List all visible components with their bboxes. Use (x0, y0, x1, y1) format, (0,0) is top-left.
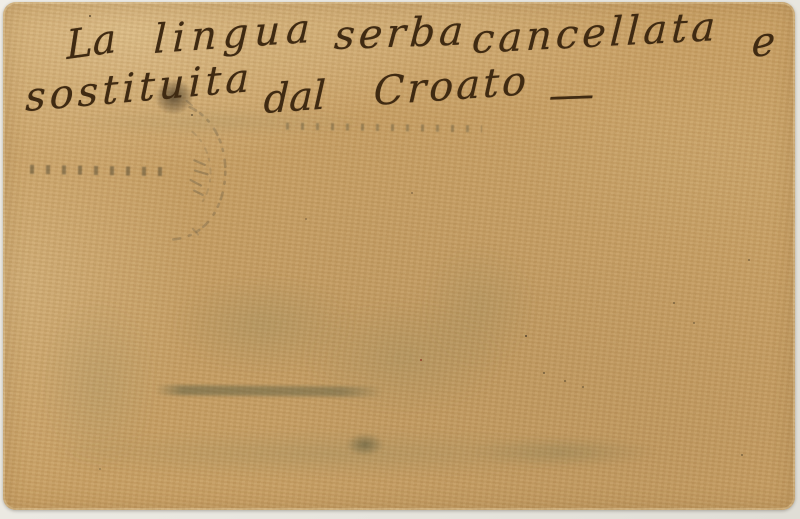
speck-row-left (30, 165, 168, 176)
handwriting-dash: — (548, 74, 595, 116)
stain-center-1 (171, 277, 356, 372)
handwriting-word: e (751, 21, 776, 64)
paper-specks (3, 2, 5, 4)
circular-postmark-icon (131, 100, 261, 250)
stain-streak (155, 385, 383, 397)
handwriting-word: serba (333, 11, 469, 56)
stain-bottom-band-2 (471, 436, 656, 468)
stain-bottom-band (49, 430, 614, 476)
handwriting-word: La (66, 19, 117, 66)
handwriting-word: lingua (153, 8, 317, 60)
handwriting-word: dal (263, 75, 327, 120)
handwriting-word: sostituita (25, 58, 253, 118)
handwriting-word: Croato (373, 61, 530, 112)
stain-dark-blotch (346, 433, 384, 456)
scan-background: La lingua serba cancellata e sostituita … (0, 0, 800, 519)
stain-center-2 (301, 300, 506, 415)
stain-center-3 (421, 244, 536, 369)
handwriting-word: cancellata (471, 7, 720, 60)
speck-row-upper (286, 123, 482, 133)
paper-grain (3, 2, 795, 510)
postcard: La lingua serba cancellata e sostituita … (3, 2, 795, 510)
stain-left (41, 297, 156, 472)
ink-smudge (145, 70, 202, 124)
stain-top-band (63, 108, 373, 136)
